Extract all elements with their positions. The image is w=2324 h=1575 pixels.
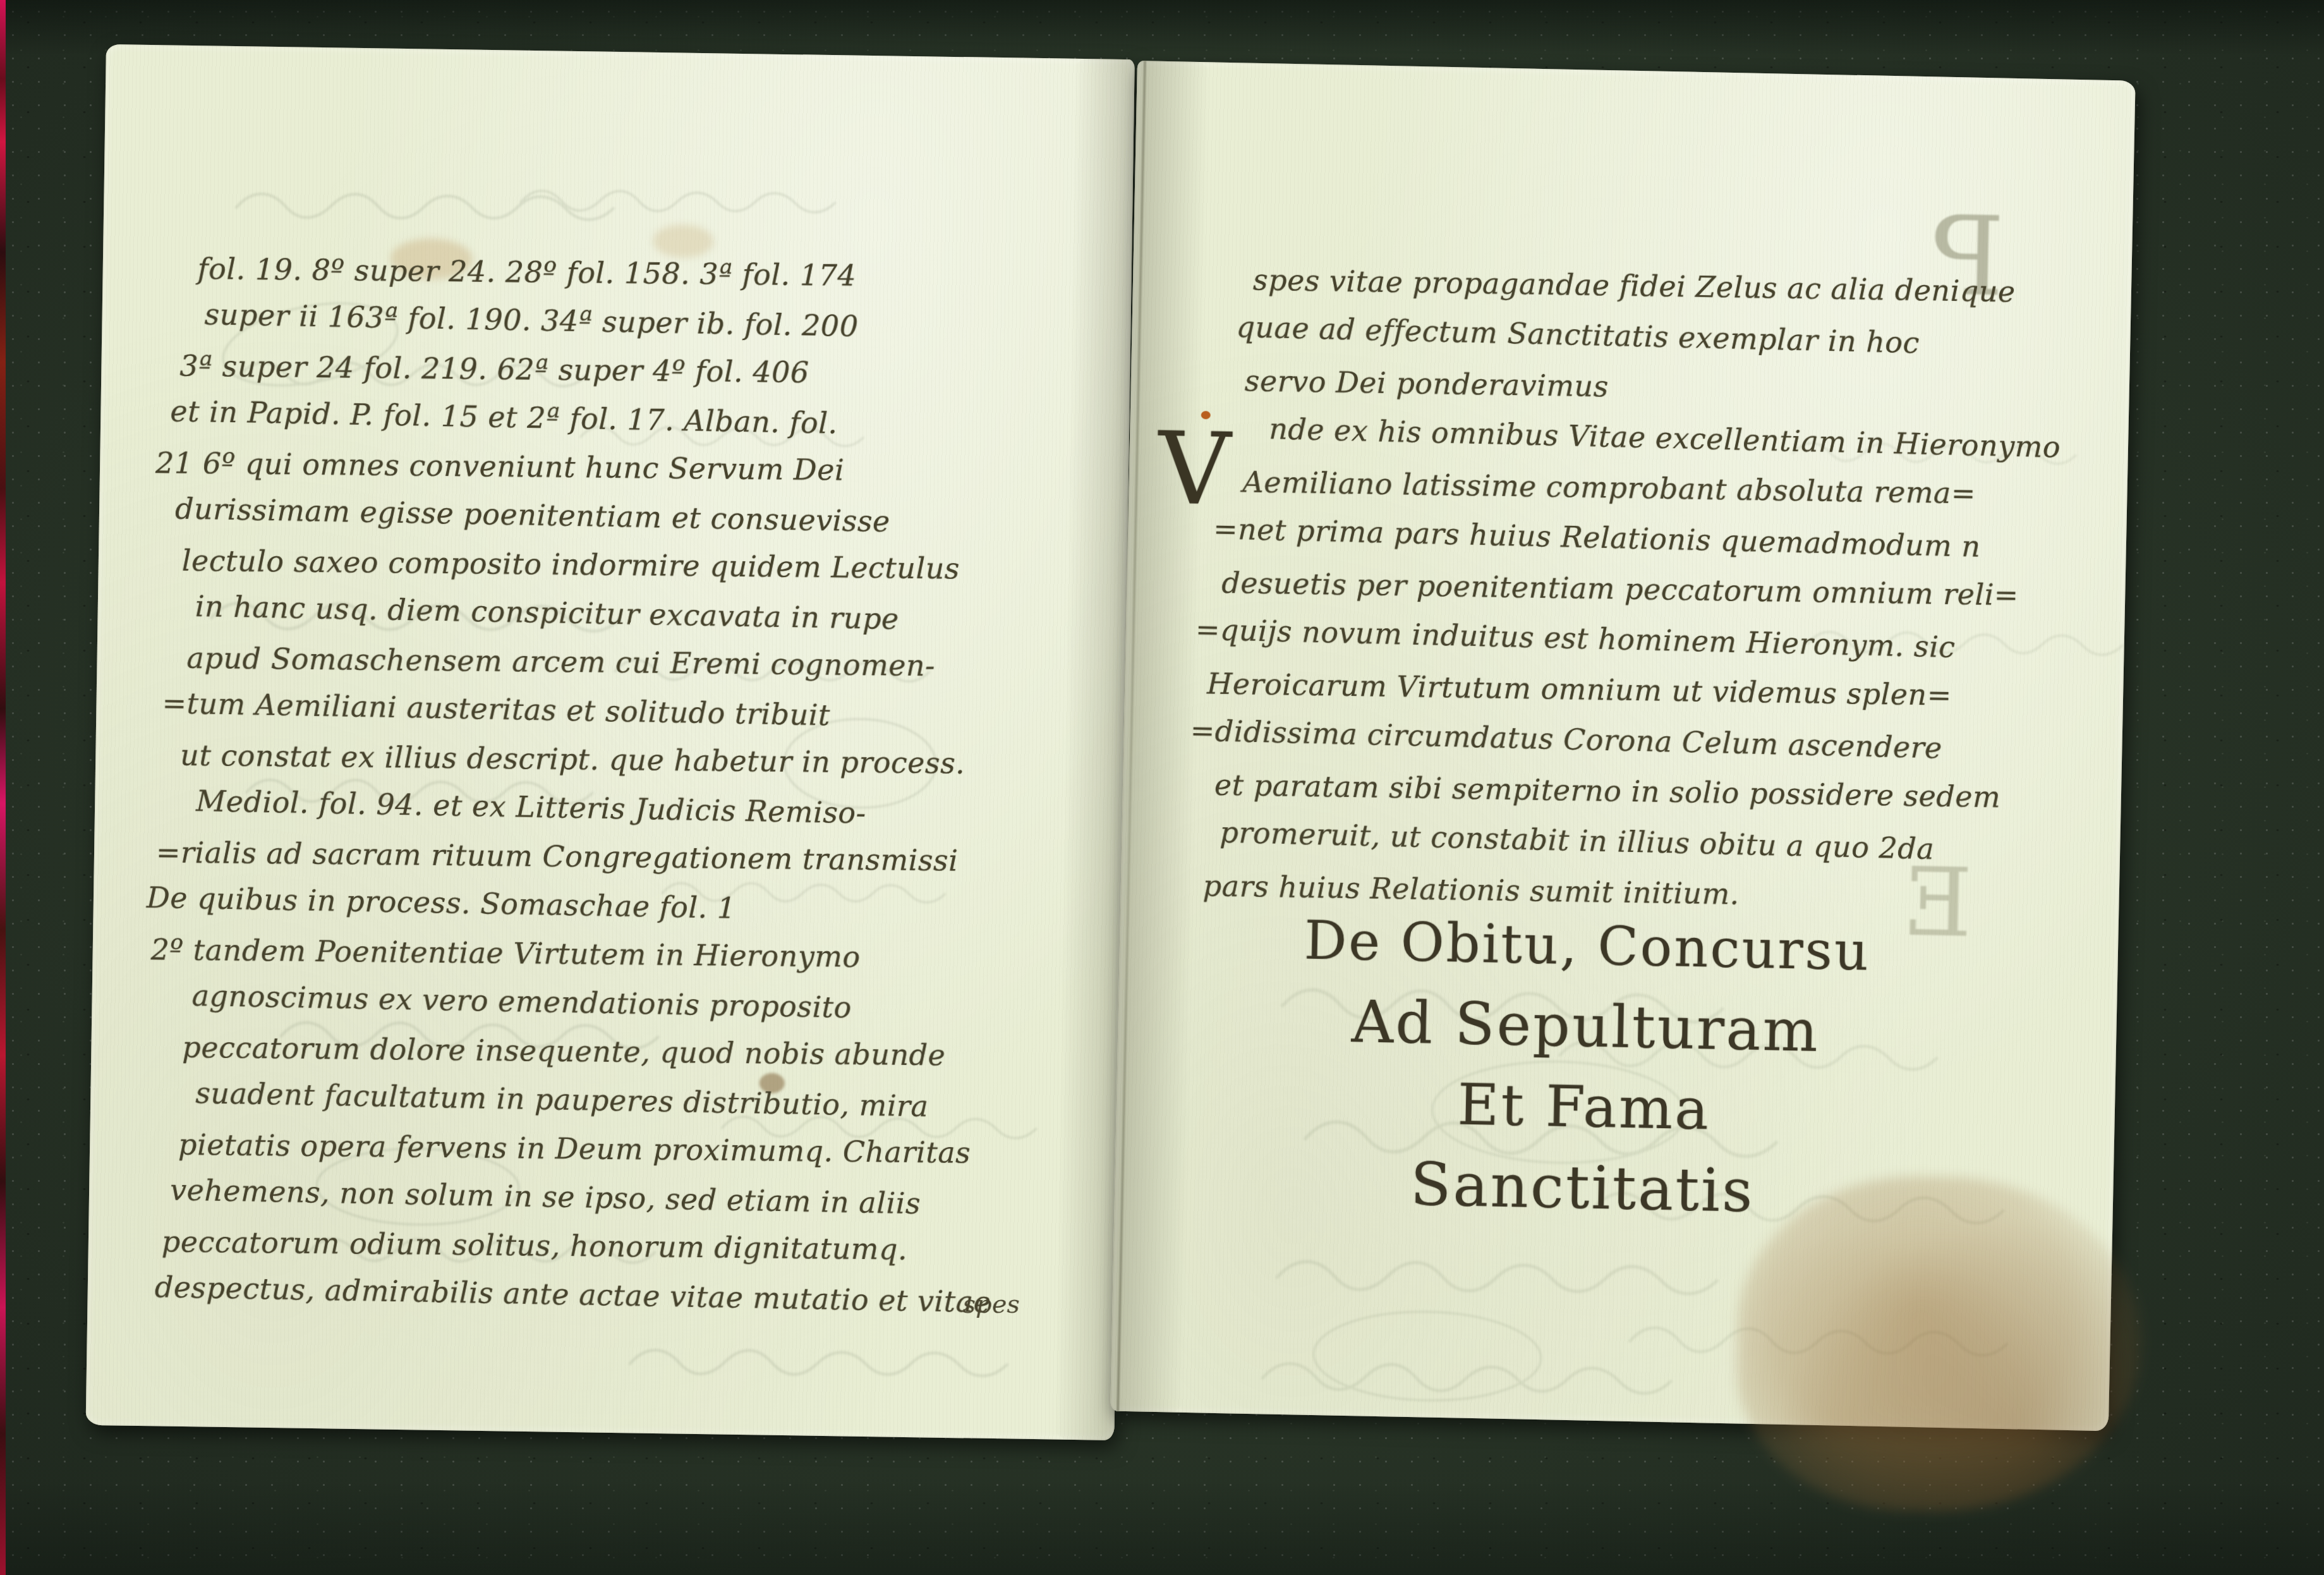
film-edge-strip [0,0,6,1575]
manuscript-right-page: P E V spes vitae propagandae fidei Zelus… [1110,61,2136,1431]
right-page-text-block: spes vitae propagandae fidei Zelus ac al… [1231,252,2064,926]
photograph-of-manuscript: { "scene": { "description": "Photograph … [0,0,2324,1575]
section-heading: De Obitu, Concursu Ad Sepulturam Et Fama… [1082,896,2087,1239]
manuscript-left-page: fol. 19. 8º super 24. 28º fol. 158. 3ª f… [86,44,1135,1440]
catchword: spes [963,1290,1020,1319]
left-page-text-block: fol. 19. 8º super 24. 28º fol. 158. 3ª f… [182,243,1007,1325]
